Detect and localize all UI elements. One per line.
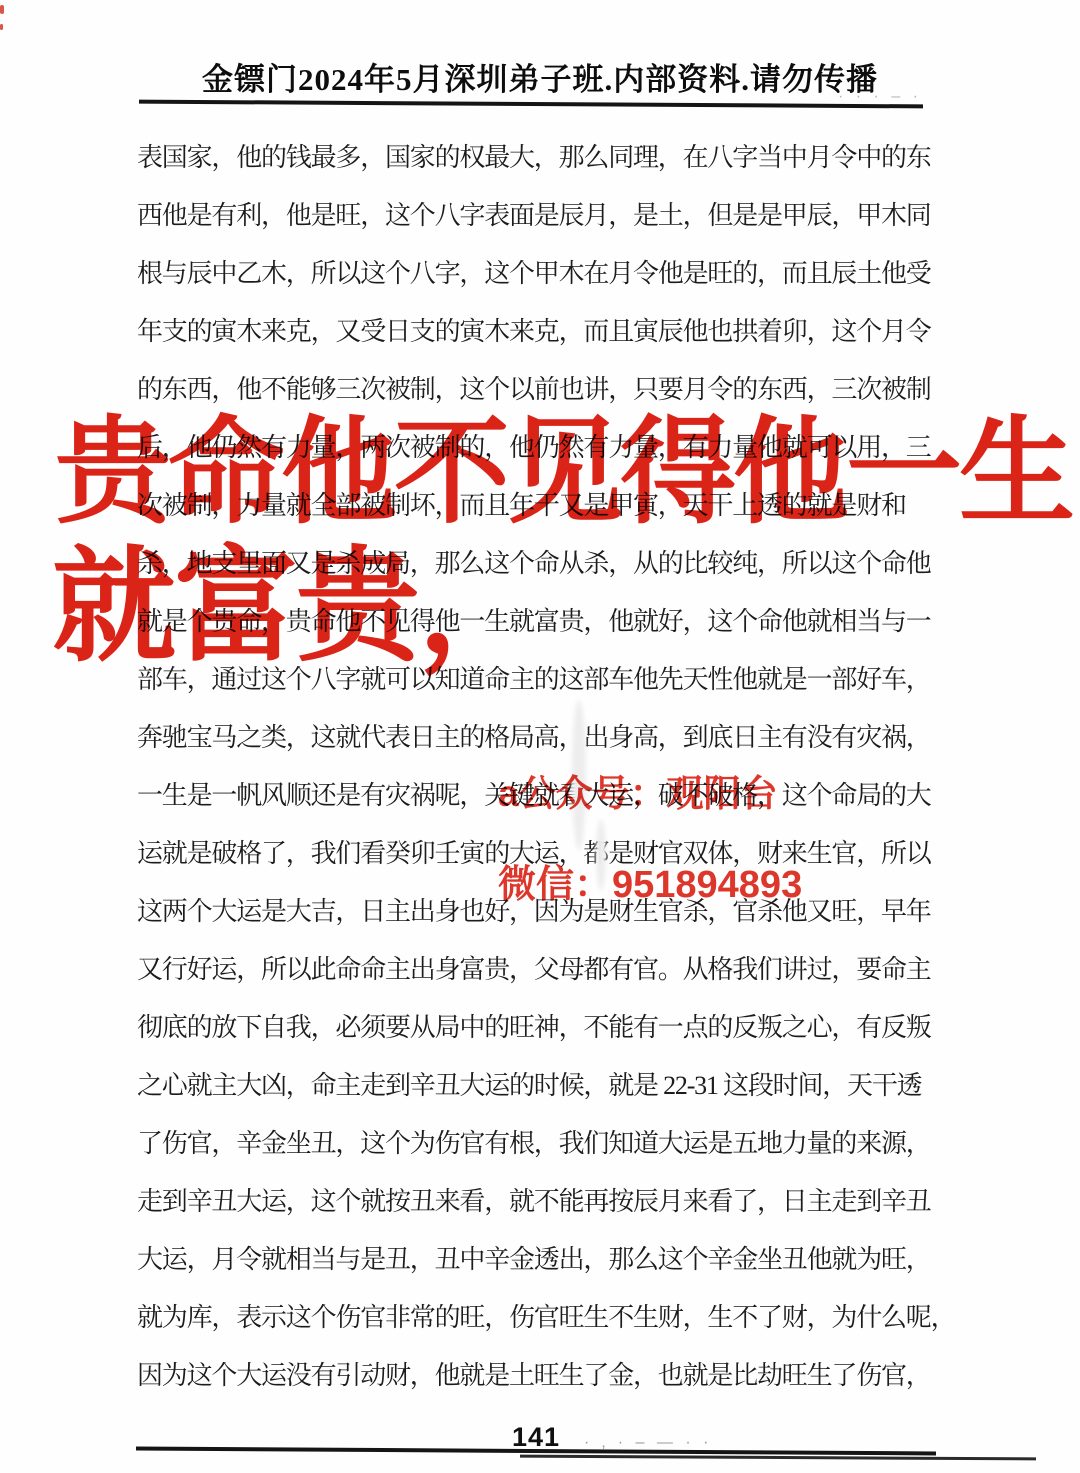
red-ink-speck	[0, 5, 4, 14]
red-watermark-wechat-number: 微信：951894893	[498, 853, 802, 908]
red-ink-speck	[0, 24, 3, 30]
text-line: 根与辰中乙木，所以这个八字，这个甲木在月令他是旺的，而且辰土他受	[137, 245, 937, 303]
text-line: 之心就主大凶，命主走到辛丑大运的时候，就是 22-31 这段时间，天干透	[137, 1057, 937, 1115]
text-line: 走到辛丑大运，这个就按丑来看，就不能再按辰月来看了，日主走到辛丑	[137, 1173, 937, 1231]
text-line: 年支的寅木来克，又受日支的寅木来克，而且寅辰他也拱着卯，这个月令	[137, 303, 937, 361]
text-line: 彻底的放下自我，必须要从局中的旺神，不能有一点的反叛之心，有反叛	[137, 999, 937, 1057]
text-line: 就为库，表示这个伤官非常的旺，伤官旺生不生财，生不了财，为什么呢，	[137, 1289, 937, 1347]
text-line: 因为这个大运没有引动财，他就是土旺生了金，也就是比劫旺生了伤官，	[137, 1347, 937, 1405]
scanned-document-page: 金镖门2024年5月深圳弟子班.内部资料.请勿传播 · · · – · 表国家，…	[0, 0, 1080, 1473]
red-watermark-big-line2: 就富贵，	[52, 536, 540, 679]
header-divider-line	[139, 100, 923, 109]
text-line: 西他是有利，他是旺，这个八字表面是辰月，是土，但是是甲辰，甲木同	[137, 187, 937, 245]
text-line: 表国家，他的钱最多，国家的权最大，那么同理，在八字当中月令中的东	[137, 129, 937, 187]
footer-divider-line-echo	[520, 1455, 1036, 1461]
text-line: 奔驰宝马之类，这就代表日主的格局高，出身高，到底日主有没有灾祸，	[137, 709, 937, 767]
red-watermark-public-account: a公众号：观阳台	[498, 763, 778, 817]
text-line: 大运，月令就相当与是丑，丑中辛金透出，那么这个辛金坐丑他就为旺，	[137, 1231, 937, 1289]
text-line: 了伤官，辛金坐丑，这个为伤官有根，我们知道大运是五地力量的来源，	[137, 1115, 937, 1173]
red-watermark-big-line1: 贵命他不见得他一生	[55, 406, 1072, 539]
text-line: 又行好运，所以此命命主出身富贵，父母都有官。从格我们讲过，要命主	[137, 941, 937, 999]
